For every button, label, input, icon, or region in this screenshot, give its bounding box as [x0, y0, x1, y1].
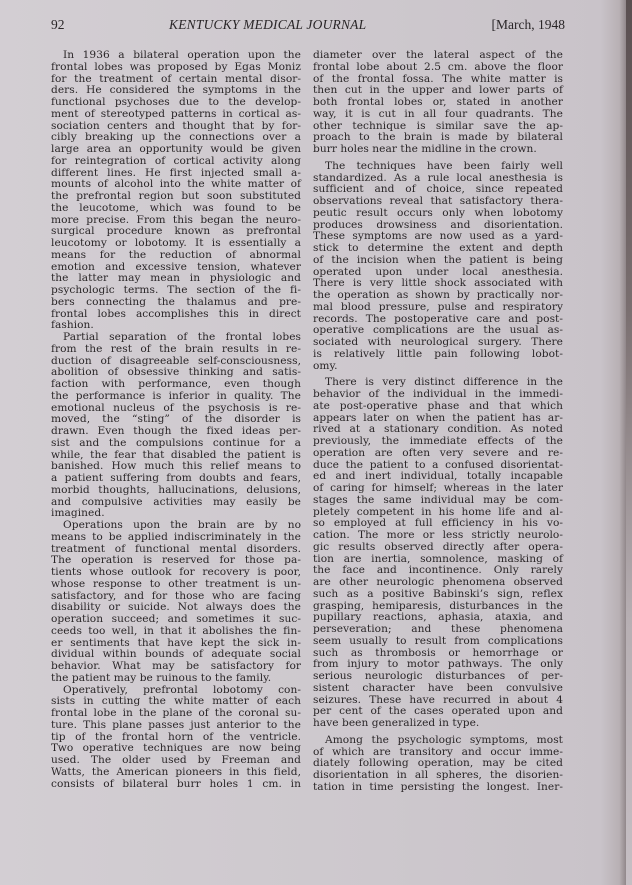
text-line: such as a positive Babinski’s sign, refl… — [313, 589, 563, 601]
scanned-page: 92 KENTUCKY MEDICAL JOURNAL [March, 1948… — [0, 0, 632, 885]
text-line: a patient suffering from doubts and fear… — [51, 473, 301, 485]
text-line: drawn. Even though the fixed ideas per- — [51, 426, 301, 438]
text-line: means to be applied indiscriminately in … — [51, 532, 301, 544]
text-line: serious neurologic disturbances of per- — [313, 671, 563, 683]
text-line: for reintegration of cortical activity a… — [51, 156, 301, 168]
text-line: leucotomy or lobotomy. It is essentially… — [51, 238, 301, 250]
text-line: ate post-operative phase and that which — [313, 401, 563, 413]
text-line: the patient may be ruinous to the family… — [51, 673, 301, 685]
issue-date: [March, 1948 — [492, 17, 565, 33]
text-line: have been generalized in type. — [313, 718, 563, 730]
text-line: psychologic terms. The section of the fi… — [51, 285, 301, 297]
text-line: omy. — [313, 361, 563, 373]
text-line: Operations upon the brain are by no — [51, 520, 301, 532]
text-line: previously, the immediate effects of the — [313, 436, 563, 448]
text-line: stick to determine the extent and depth — [313, 243, 563, 255]
text-line: behavior. What may be satisfactory for — [51, 661, 301, 673]
text-line: is relatively little pain following lobo… — [313, 349, 563, 361]
text-line: perseveration; and these phenomena — [313, 624, 563, 636]
text-line: mal blood pressure, pulse and respirator… — [313, 302, 563, 314]
text-line: cation. The more or less strictly neurol… — [313, 530, 563, 542]
text-line: the prefrontal region but soon substitut… — [51, 191, 301, 203]
text-line: peutic result occurs only when lobotomy — [313, 208, 563, 220]
right-text-column: diameter over the lateral aspect of thef… — [313, 50, 563, 794]
text-line: gic results observed directly after oper… — [313, 542, 563, 554]
text-line: both frontal lobes or, stated in another — [313, 97, 563, 109]
text-line: ture. This plane passes just anterior to… — [51, 720, 301, 732]
journal-title: KENTUCKY MEDICAL JOURNAL — [169, 17, 366, 33]
running-header: 92 KENTUCKY MEDICAL JOURNAL [March, 1948 — [51, 17, 563, 33]
text-line: frontal lobes was proposed by Egas Moniz — [51, 62, 301, 74]
text-line: Among the psychologic symptoms, most — [313, 735, 563, 747]
page-edge-shadow — [626, 0, 632, 885]
text-line: of caring for himself; whereas in the la… — [313, 483, 563, 495]
text-line: sociated with neurological surgery. Ther… — [313, 337, 563, 349]
text-line: the performance is inferior in quality. … — [51, 391, 301, 403]
text-line: stages the same individual may be com- — [313, 495, 563, 507]
left-text-column: In 1936 a bilateral operation upon thefr… — [51, 50, 301, 790]
text-line: functional psychoses due to the develop- — [51, 97, 301, 109]
text-line: from the rest of the brain results in re… — [51, 344, 301, 356]
text-line: seem usually to result from complication… — [313, 636, 563, 648]
page-number: 92 — [51, 17, 65, 33]
text-line: frontal lobe in the plane of the coronal… — [51, 708, 301, 720]
text-line: way, it is cut in all four quadrants. Th… — [313, 109, 563, 121]
text-line: consists of bilateral burr holes 1 cm. i… — [51, 779, 301, 791]
text-line: large area an opportunity would be given — [51, 144, 301, 156]
text-line: burr holes near the midline in the crown… — [313, 144, 563, 156]
text-line: means for the reduction of abnormal — [51, 250, 301, 262]
text-line: sistent character have been convulsive — [313, 683, 563, 695]
text-line: morbid thoughts, hallucinations, delusio… — [51, 485, 301, 497]
text-line: behavior of the individual in the immedi… — [313, 389, 563, 401]
text-line: tation in time persisting the longest. I… — [313, 782, 563, 794]
text-line: frontal lobe about 2.5 cm. above the flo… — [313, 62, 563, 74]
text-line: the operation as shown by practically no… — [313, 290, 563, 302]
text-line: In 1936 a bilateral operation upon the — [51, 50, 301, 62]
text-line: faction with performance, even though — [51, 379, 301, 391]
text-line: tients whose outlook for recovery is poo… — [51, 567, 301, 579]
text-line: of the incision when the patient is bein… — [313, 255, 563, 267]
text-line: used. The older used by Freeman and — [51, 755, 301, 767]
text-line: Partial separation of the frontal lobes — [51, 332, 301, 344]
text-line: are other neurologic phenomena observed — [313, 577, 563, 589]
text-line: bers connecting the thalamus and pre- — [51, 297, 301, 309]
text-line: ment of stereotyped patterns in cortical… — [51, 109, 301, 121]
text-line: diameter over the lateral aspect of the — [313, 50, 563, 62]
text-line: observations reveal that satisfactory th… — [313, 196, 563, 208]
text-line: ceeds too well, in that it abolishes the… — [51, 626, 301, 638]
text-line: disorientation in all spheres, the disor… — [313, 770, 563, 782]
text-line: operation succeed; and sometimes it suc- — [51, 614, 301, 626]
text-line: the leucotome, which was found to be — [51, 203, 301, 215]
text-line: Watts, the American pioneers in this fie… — [51, 767, 301, 779]
text-line: operation are often very severe and re- — [313, 448, 563, 460]
text-line: whose response to other treatment is un- — [51, 579, 301, 591]
text-line: sist and the compulsions continue for a — [51, 438, 301, 450]
text-line: The techniques have been fairly well — [313, 161, 563, 173]
